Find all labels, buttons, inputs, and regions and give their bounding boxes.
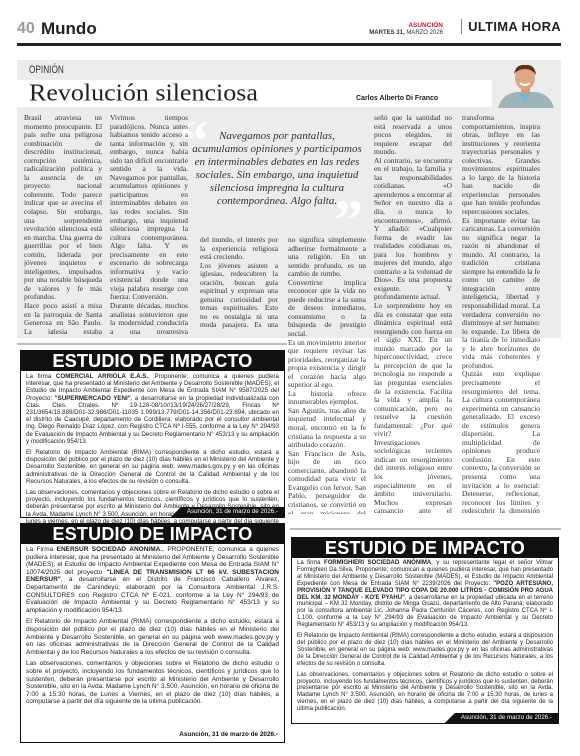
article-column-2: Vivimos tiempos paradójicos. Nunca antes…	[110, 114, 188, 334]
article-column-6: transforma comportamientos, inspira obra…	[462, 114, 540, 514]
header-rule	[17, 43, 561, 46]
firm-name: ENERSUR SOCIEDAD ANONIMA.	[57, 546, 163, 553]
dateline-month-year: MARZO 2026	[406, 30, 443, 36]
notice-rima-paragraph: El Relatorio de Impacto Ambiental (RIMA)…	[26, 449, 279, 485]
legal-notice-enersur: ESTUDIO DE IMPACTO AMBIENTAL La Firma EN…	[20, 523, 285, 743]
newspaper-brand: ULTIMA HORA	[461, 19, 561, 34]
page-number: 40	[17, 20, 35, 38]
notice-heading: ESTUDIO DE IMPACTO AMBIENTAL	[21, 524, 284, 544]
opinion-label: OPINIÓN	[29, 64, 64, 76]
dateline-weekday: MARTES 31,	[369, 30, 404, 36]
notice-body: La Firma ENERSUR SOCIEDAD ANONIMA., PROP…	[21, 544, 284, 706]
notice-heading: ESTUDIO DE IMPACTO AMBIENTAL	[21, 351, 284, 371]
divider	[290, 528, 561, 530]
page-header: 40 Mundo ASUNCIÓN MARTES 31, MARZO 2026 …	[17, 16, 561, 44]
article-column-4: no significa simplemente adherirse forma…	[288, 236, 366, 514]
notice-observations-paragraph: Las observaciones, comentarios y objecio…	[297, 672, 553, 713]
dateline-date: MARTES 31, MARZO 2026	[369, 30, 443, 36]
article-column-3: del mundo, el interés por la experiencia…	[200, 236, 278, 331]
legal-notice-arriola: ESTUDIO DE IMPACTO AMBIENTAL La firma CO…	[20, 350, 285, 518]
notice-signature: Asunción, 31 de marzo de 2026.-	[445, 713, 558, 723]
notice-heading: ESTUDIO DE IMPACTO AMBIENTAL	[292, 538, 558, 558]
notice-rima-paragraph: El Relatorio de Impacto Ambiental (RIMA)…	[26, 618, 279, 656]
pull-quote: Navegamos por pantallas, acumulamos opin…	[192, 130, 362, 208]
author-photo	[492, 62, 558, 108]
firm-name: FORMIGHIERI SOCIEDAD ANÓNIMA	[324, 560, 431, 566]
dateline-city: ASUNCIÓN	[408, 22, 443, 29]
article-title: Revolución silenciosa	[29, 79, 258, 108]
notice-observations-paragraph: Las observaciones, comentarios y objecio…	[26, 660, 279, 706]
divider	[17, 343, 287, 345]
notice-signature: Asunción, 31 de marzo de 2026.-	[179, 731, 278, 738]
notice-signature: Asunción, 31 de marzo de 2026.-	[171, 507, 284, 517]
article-column-1: Brasil atraviesa un momento preocupante.…	[24, 114, 102, 334]
notice-heading-text: ESTUDIO DE IMPACTO AMBIENTAL	[21, 351, 284, 371]
legal-notice-formighieri: ESTUDIO DE IMPACTO AMBIENTAL La firma FO…	[291, 537, 559, 724]
firm-name: COMERCIAL ARRIOLA E.A.S.	[56, 373, 148, 380]
notice-heading-text: ESTUDIO DE IMPACTO AMBIENTAL	[292, 538, 558, 558]
notice-rima-paragraph: El Relatorio de Impacto Ambiental (RIMA)…	[297, 633, 553, 668]
author-name: Carlos Alberto Di Franco	[356, 95, 438, 102]
article-column-5: señó que la santidad no está reservada a…	[374, 114, 452, 514]
notice-body: La firma FORMIGHIERI SOCIEDAD ANÓNIMA, y…	[292, 558, 558, 713]
section-title: Mundo	[41, 19, 97, 39]
project-name: "SUPERMERCADO YENI"	[55, 395, 131, 402]
